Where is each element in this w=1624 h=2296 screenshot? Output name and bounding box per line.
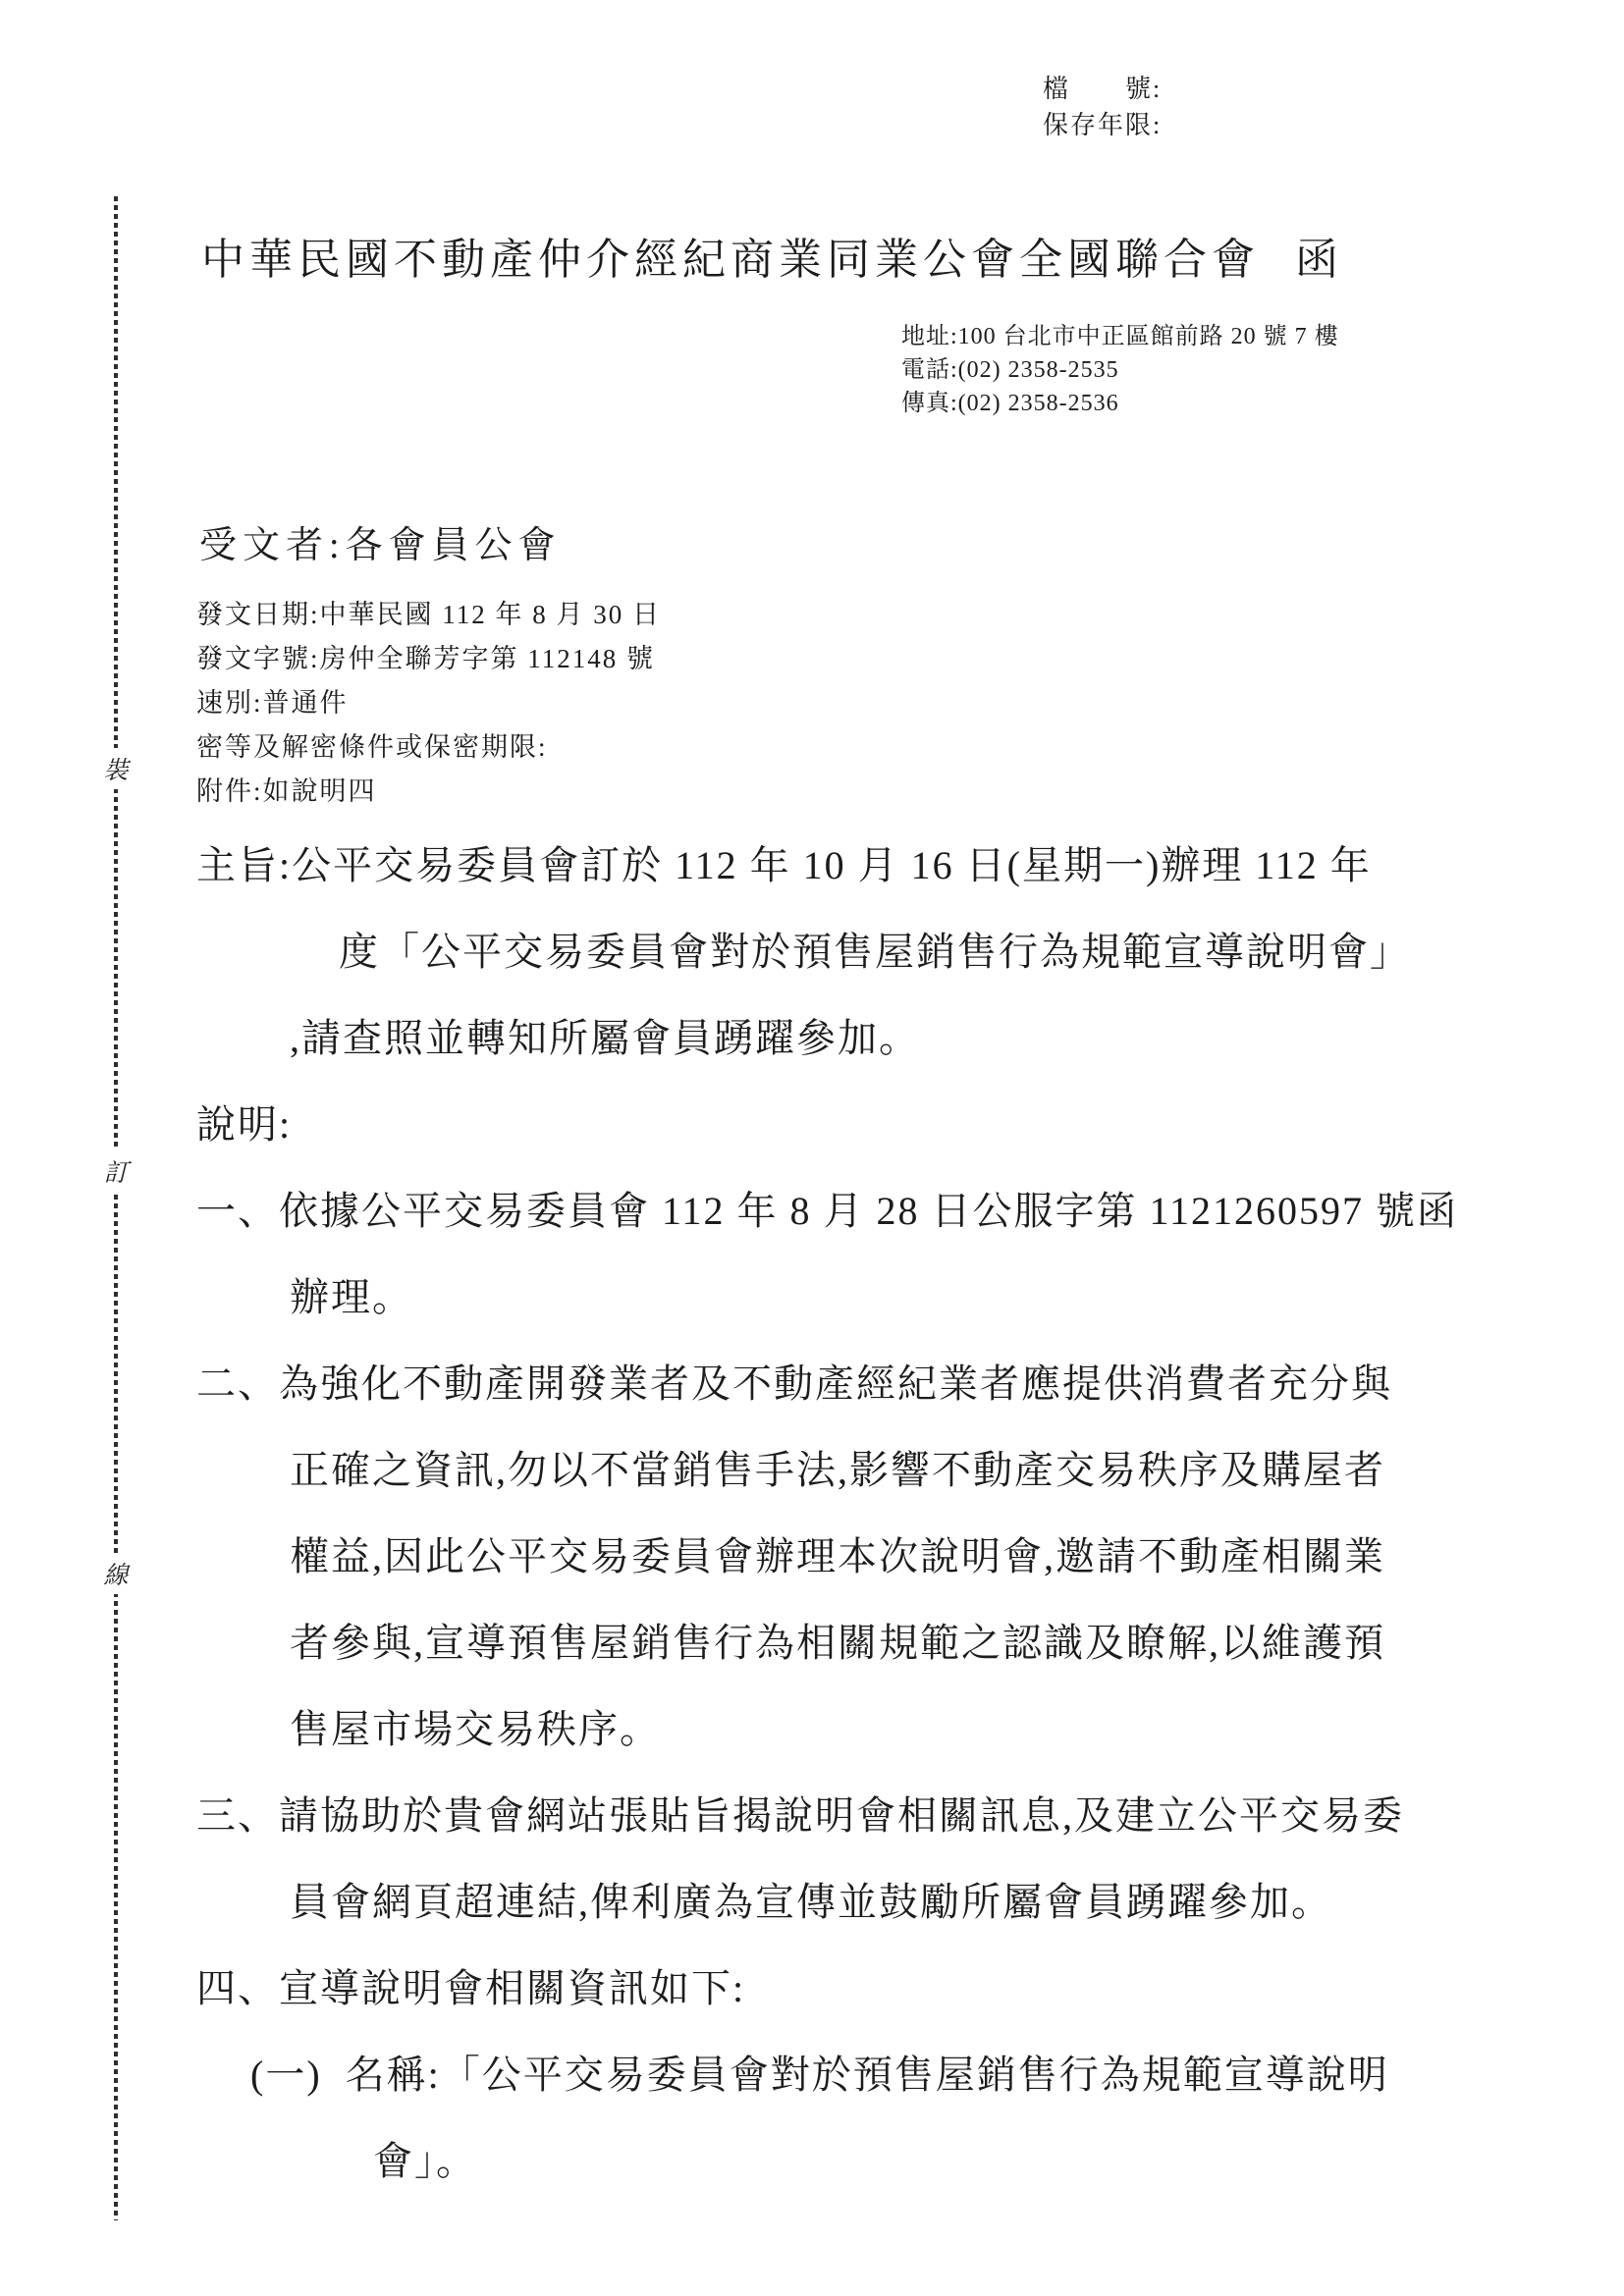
item-2-line-1: 二、為強化不動產開發業者及不動產經紀業者應提供消費者充分與 <box>196 1341 1473 1427</box>
binding-mark-ding: 訂 <box>103 1150 128 1192</box>
item-2-line-5: 售屋市場交易秩序。 <box>196 1686 1473 1773</box>
item-4-line-1: 四、宣導說明會相關資訊如下: <box>196 1946 1473 2032</box>
issue-date-line: 發文日期:中華民國 112 年 8 月 30 日 <box>196 593 661 637</box>
binding-mark-zhuang: 裝 <box>103 748 128 789</box>
meta-block: 發文日期:中華民國 112 年 8 月 30 日 發文字號:房仲全聯芳字第 11… <box>196 593 661 814</box>
item-3-line-1: 三、請協助於貴會網站張貼旨揭說明會相關訊息,及建立公平交易委 <box>196 1773 1473 1859</box>
fax-line: 傳真:(02) 2358-2536 <box>901 387 1339 420</box>
document-title: 中華民國不動產仲介經紀商業同業公會全國聯合會 函 <box>201 224 1343 287</box>
sub-item-1-line-1: (一) 名稱:「公平交易委員會對於預售屋銷售行為規範宣導說明 <box>196 2032 1473 2118</box>
body-text: 主旨:公平交易委員會訂於 112 年 10 月 16 日(星期一)辦理 112 … <box>196 823 1473 2205</box>
reference-number-line: 發文字號:房仲全聯芳字第 112148 號 <box>196 637 661 681</box>
file-header: 檔 號: 保存年限: <box>1043 71 1162 143</box>
explanation-heading: 說明: <box>196 1082 1473 1168</box>
binding-line: 裝 訂 線 <box>114 196 118 2220</box>
phone-line: 電話:(02) 2358-2535 <box>901 353 1339 387</box>
item-2-line-4: 者參與,宣導預售屋銷售行為相關規範之認識及瞭解,以維護預 <box>196 1600 1473 1686</box>
item-2-line-3: 權益,因此公平交易委員會辦理本次說明會,邀請不動產相關業 <box>196 1514 1473 1600</box>
subject-line-1: 主旨:公平交易委員會訂於 112 年 10 月 16 日(星期一)辦理 112 … <box>196 823 1473 909</box>
sub-item-1-line-2: 會」。 <box>196 2118 1473 2205</box>
attachment-line: 附件:如說明四 <box>196 770 661 814</box>
subject-line-2: 度「公平交易委員會對於預售屋銷售行為規範宣導說明會」 <box>196 909 1473 995</box>
organization-name: 中華民國不動產仲介經紀商業同業公會全國聯合會 <box>201 224 1260 287</box>
retention-period-label: 保存年限: <box>1043 107 1162 143</box>
subject-line-3: ,請查照並轉知所屬會員踴躍參加。 <box>196 995 1473 1082</box>
priority-line: 速別:普通件 <box>196 681 661 725</box>
sender-contact-block: 地址:100 台北市中正區館前路 20 號 7 樓 電話:(02) 2358-2… <box>901 320 1339 420</box>
classification-line: 密等及解密條件或保密期限: <box>196 725 661 770</box>
recipient-line: 受文者:各會員公會 <box>199 514 562 568</box>
item-1-line-2: 辦理。 <box>196 1255 1473 1341</box>
address-line: 地址:100 台北市中正區館前路 20 號 7 樓 <box>901 320 1339 353</box>
document-page: 檔 號: 保存年限: 裝 訂 線 中華民國不動產仲介經紀商業同業公會全國聯合會 … <box>0 0 1624 2296</box>
item-3-line-2: 員會網頁超連結,俾利廣為宣傳並鼓勵所屬會員踴躍參加。 <box>196 1859 1473 1946</box>
binding-mark-xian: 線 <box>103 1553 128 1594</box>
file-number-label: 檔 號: <box>1043 71 1162 107</box>
document-type-label: 函 <box>1295 224 1343 287</box>
item-1-line-1: 一、依據公平交易委員會 112 年 8 月 28 日公服字第 112126059… <box>196 1168 1473 1255</box>
item-2-line-2: 正確之資訊,勿以不當銷售手法,影響不動產交易秩序及購屋者 <box>196 1427 1473 1514</box>
